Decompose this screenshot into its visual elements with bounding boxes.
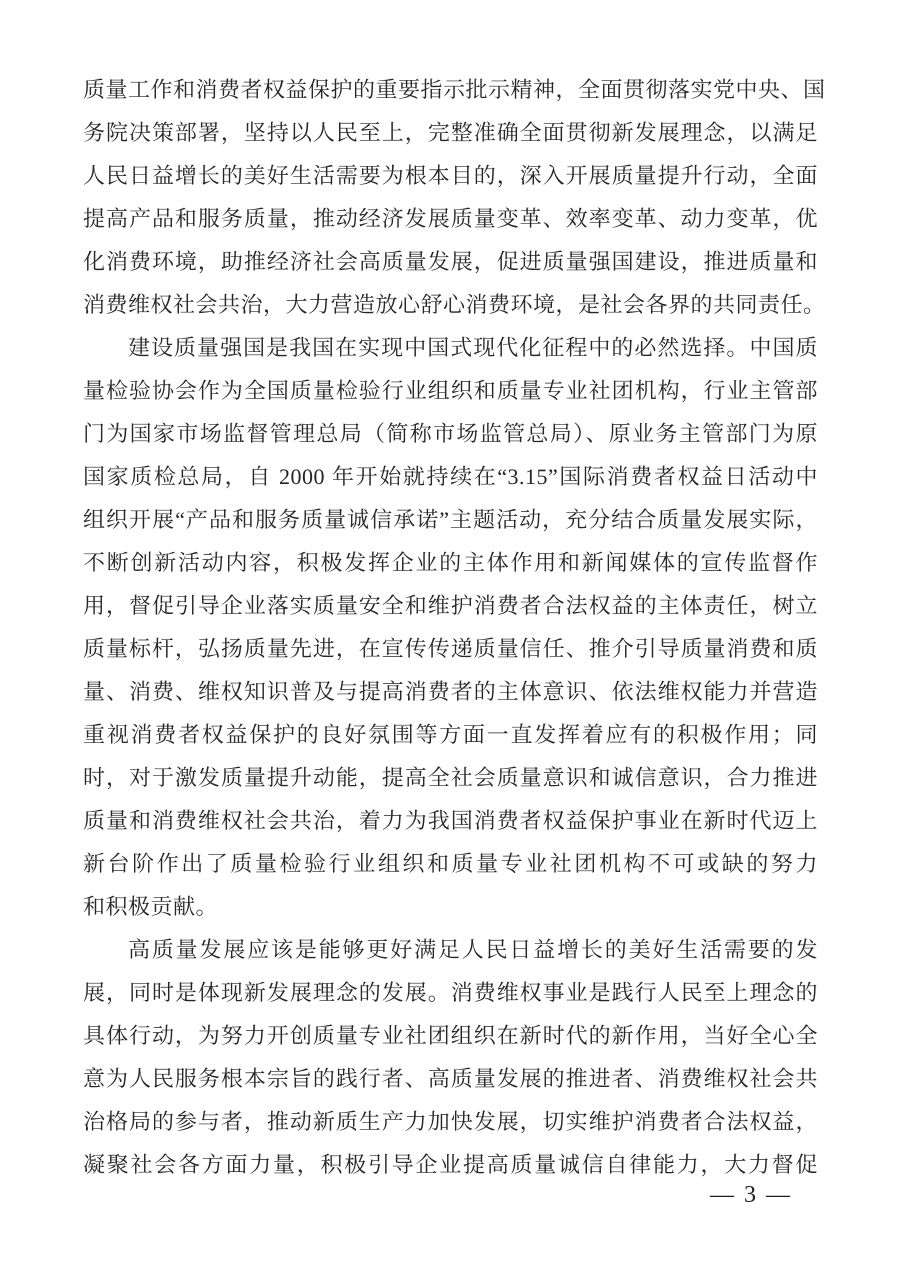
- text-line: 人民日益增长的美好生活需要为根本目的，深入开展质量提升行动，全面: [83, 154, 818, 197]
- text-line: 质量工作和消费者权益保护的重要指示批示精神，全面贯彻落实党中央、国: [83, 68, 818, 111]
- text-line: 治格局的参与者，推动新质生产力加快发展，切实维护消费者合法权益，: [83, 1100, 818, 1143]
- text-line: 用，督促引导企业落实质量安全和维护消费者合法权益的主体责任，树立: [83, 584, 818, 627]
- text-line: 量检验协会作为全国质量检验行业组织和质量专业社团机构，行业主管部: [83, 369, 818, 412]
- text-line: 不断创新活动内容，积极发挥企业的主体作用和新闻媒体的宣传监督作: [83, 541, 818, 584]
- text-line: 组织开展“产品和服务质量诚信承诺”主题活动，充分结合质量发展实际，: [83, 498, 818, 541]
- text-line: 国家质检总局，自 2000 年开始就持续在“3.15”国际消费者权益日活动中: [83, 455, 818, 498]
- page-number: — 3 —: [83, 1178, 792, 1212]
- text-line: 和积极贡献。: [83, 885, 818, 928]
- text-line: 化消费环境，助推经济社会高质量发展，促进质量强国建设，推进质量和: [83, 240, 818, 283]
- text-line: 质量标杆，弘扬质量先进，在宣传传递质量信任、推介引导质量消费和质: [83, 627, 818, 670]
- text-line: 门为国家市场监督管理总局（简称市场监管总局）、原业务主管部门为原: [83, 412, 818, 455]
- text-line: 具体行动，为努力开创质量专业社团组织在新时代的新作用，当好全心全: [83, 1014, 818, 1057]
- text-line: 展，同时是体现新发展理念的发展。消费维权事业是践行人民至上理念的: [83, 971, 818, 1014]
- text-line: 消费维权社会共治，大力营造放心舒心消费环境，是社会各界的共同责任。: [83, 283, 818, 326]
- text-line: 时，对于激发质量提升动能，提高全社会质量意识和诚信意识，合力推进: [83, 756, 818, 799]
- text-line: 意为人民服务根本宗旨的践行者、高质量发展的推进者、消费维权社会共: [83, 1057, 818, 1100]
- text-line: 质量和消费维权社会共治，着力为我国消费者权益保护事业在新时代迈上: [83, 799, 818, 842]
- text-line: 高质量发展应该是能够更好满足人民日益增长的美好生活需要的发: [83, 928, 818, 971]
- text-line: 建设质量强国是我国在实现中国式现代化征程中的必然选择。中国质: [83, 326, 818, 369]
- text-line: 提高产品和服务质量，推动经济发展质量变革、效率变革、动力变革，优: [83, 197, 818, 240]
- text-line: 务院决策部署，坚持以人民至上，完整准确全面贯彻新发展理念，以满足: [83, 111, 818, 154]
- text-line: 重视消费者权益保护的良好氛围等方面一直发挥着应有的积极作用；同: [83, 713, 818, 756]
- scanned-document-page: 质量工作和消费者权益保护的重要指示批示精神，全面贯彻落实党中央、国务院决策部署，…: [0, 0, 900, 1273]
- document-body: 质量工作和消费者权益保护的重要指示批示精神，全面贯彻落实党中央、国务院决策部署，…: [83, 68, 818, 1186]
- text-line: 新台阶作出了质量检验行业组织和质量专业社团机构不可或缺的努力: [83, 842, 818, 885]
- text-line: 量、消费、维权知识普及与提高消费者的主体意识、依法维权能力并营造: [83, 670, 818, 713]
